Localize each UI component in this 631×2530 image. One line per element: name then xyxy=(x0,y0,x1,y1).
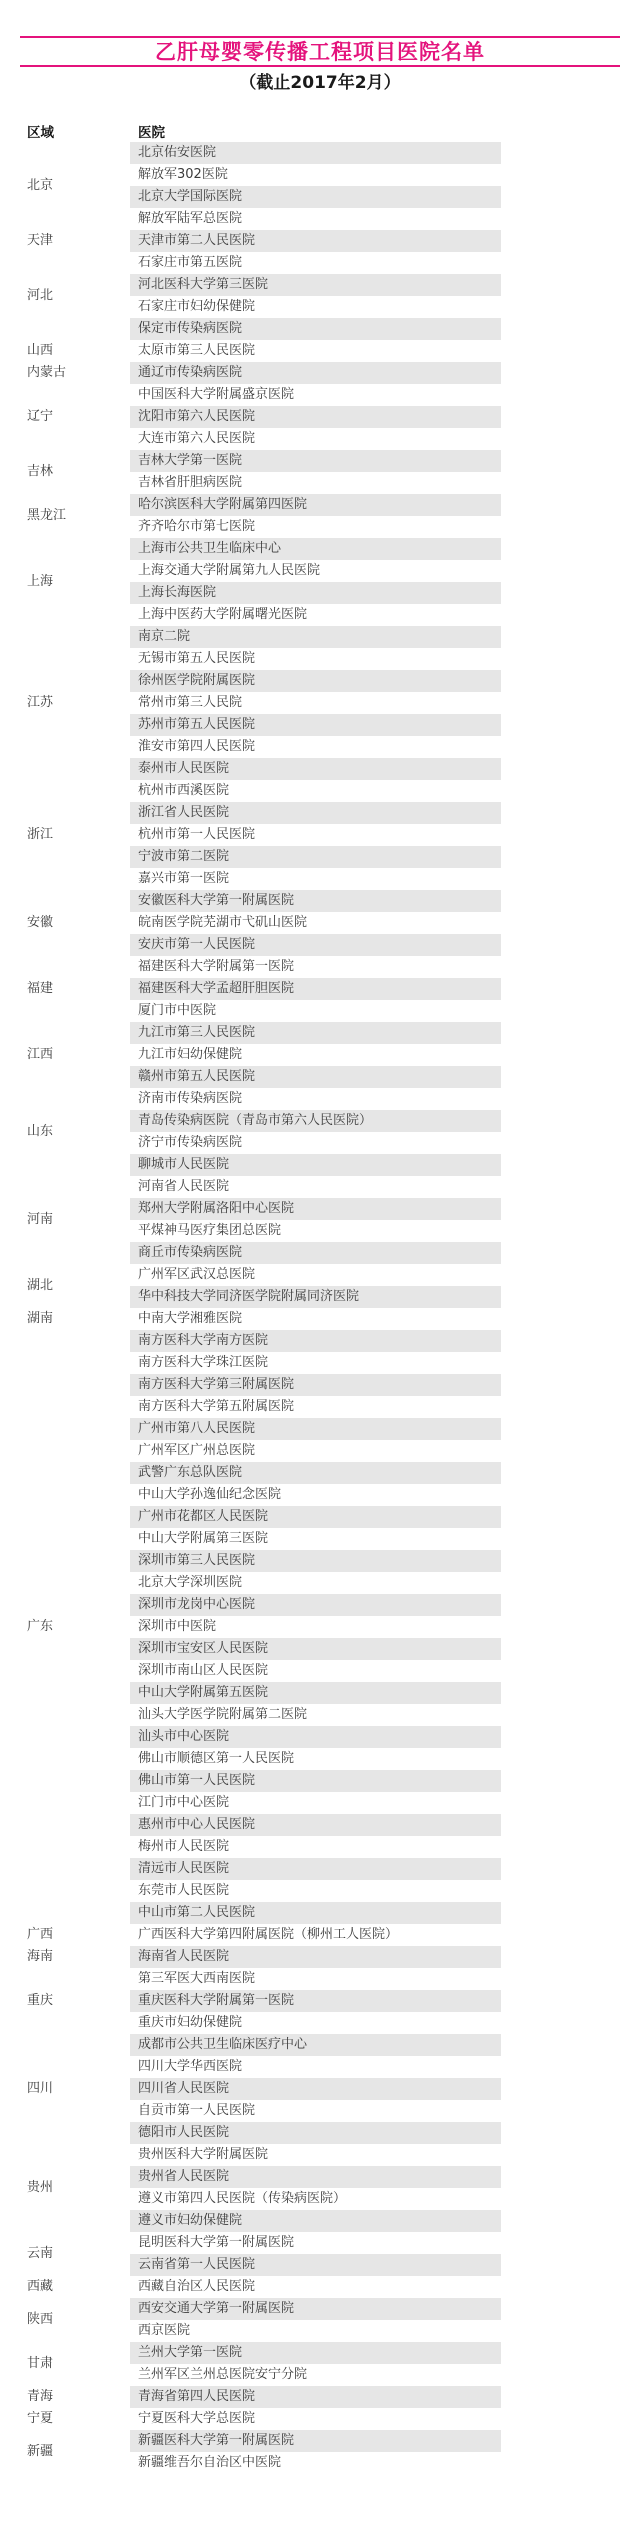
hospital-table: 区域 医院 北京北京佑安医院解放军302医院北京大学国际医院解放军陆军总医院天津… xyxy=(20,120,620,2474)
hospital-cell: 南方医科大学珠江医院 xyxy=(130,1352,501,1374)
hospital-cell: 深圳市第三人民医院 xyxy=(130,1550,501,1572)
table-row: 海南海南省人民医院 xyxy=(20,1946,620,1968)
table-row: 福建福建医科大学附属第一医院 xyxy=(20,956,620,978)
row-filler xyxy=(501,1704,620,1726)
row-filler xyxy=(501,384,620,406)
table-row: 山东济南市传染病医院 xyxy=(20,1088,620,1110)
row-filler xyxy=(501,1616,620,1638)
hospital-cell: 苏州市第五人民医院 xyxy=(130,714,501,736)
row-filler xyxy=(501,1880,620,1902)
hospital-cell: 西藏自治区人民医院 xyxy=(130,2276,501,2298)
hospital-cell: 遵义市妇幼保健院 xyxy=(130,2210,501,2232)
hospital-cell: 赣州市第五人民医院 xyxy=(130,1066,501,1088)
row-filler xyxy=(501,1374,620,1396)
row-filler xyxy=(501,1572,620,1594)
row-filler xyxy=(501,2320,620,2342)
hospital-cell: 泰州市人民医院 xyxy=(130,758,501,780)
hospital-cell: 自贡市第一人民医院 xyxy=(130,2100,501,2122)
row-filler xyxy=(501,1264,620,1286)
table-row: 重庆第三军医大西南医院 xyxy=(20,1968,620,1990)
hospital-cell: 中山大学孙逸仙纪念医院 xyxy=(130,1484,501,1506)
row-filler xyxy=(501,2188,620,2210)
row-filler xyxy=(501,1352,620,1374)
hospital-cell: 云南省第一人民医院 xyxy=(130,2254,501,2276)
table-row: 河北石家庄市第五医院 xyxy=(20,252,620,274)
table-row: 西藏西藏自治区人民医院 xyxy=(20,2276,620,2298)
row-filler xyxy=(501,780,620,802)
row-filler xyxy=(501,340,620,362)
column-header-hospital: 医院 xyxy=(130,120,501,142)
row-filler xyxy=(501,824,620,846)
row-filler xyxy=(501,1418,620,1440)
table-row: 天津天津市第二人民医院 xyxy=(20,230,620,252)
hospital-cell: 聊城市人民医院 xyxy=(130,1154,501,1176)
hospital-cell: 兰州军区兰州总医院安宁分院 xyxy=(130,2364,501,2386)
table-row: 浙江杭州市西溪医院 xyxy=(20,780,620,802)
row-filler xyxy=(501,2408,620,2430)
row-filler xyxy=(501,1946,620,1968)
hospital-cell: 福建医科大学孟超肝胆医院 xyxy=(130,978,501,1000)
row-filler xyxy=(501,230,620,252)
row-filler xyxy=(501,692,620,714)
hospital-cell: 广西医科大学第四附属医院（柳州工人医院） xyxy=(130,1924,501,1946)
row-filler xyxy=(501,208,620,230)
region-label: 天津 xyxy=(20,230,130,252)
table-row: 江西九江市第三人民医院 xyxy=(20,1022,620,1044)
bottom-rule-divider xyxy=(20,65,620,67)
hospital-cell: 郑州大学附属洛阳中心医院 xyxy=(130,1198,501,1220)
hospital-cell: 中山市第二人民医院 xyxy=(130,1902,501,1924)
region-label: 河北 xyxy=(20,252,130,340)
region-label: 黑龙江 xyxy=(20,494,130,538)
row-filler xyxy=(501,2232,620,2254)
hospital-cell: 汕头大学医学院附属第二医院 xyxy=(130,1704,501,1726)
row-filler xyxy=(501,2012,620,2034)
region-label: 福建 xyxy=(20,956,130,1022)
hospital-cell: 西安交通大学第一附属医院 xyxy=(130,2298,501,2320)
hospital-cell: 嘉兴市第一医院 xyxy=(130,868,501,890)
row-filler xyxy=(501,1550,620,1572)
region-label: 湖北 xyxy=(20,1264,130,1308)
hospital-cell: 太原市第三人民医院 xyxy=(130,340,501,362)
region-label: 山西 xyxy=(20,340,130,362)
row-filler xyxy=(501,318,620,340)
row-filler xyxy=(501,406,620,428)
row-filler xyxy=(501,2056,620,2078)
row-filler xyxy=(501,978,620,1000)
row-filler xyxy=(501,252,620,274)
table-row: 新疆新疆医科大学第一附属医院 xyxy=(20,2430,620,2452)
row-filler xyxy=(501,1902,620,1924)
row-filler xyxy=(501,868,620,890)
row-filler xyxy=(501,648,620,670)
row-filler xyxy=(501,1286,620,1308)
hospital-cell: 梅州市人民医院 xyxy=(130,1836,501,1858)
row-filler xyxy=(501,1858,620,1880)
row-filler xyxy=(501,1968,620,1990)
hospital-cell: 江门市中心医院 xyxy=(130,1792,501,1814)
hospital-cell: 石家庄市第五医院 xyxy=(130,252,501,274)
table-row: 湖南中南大学湘雅医院 xyxy=(20,1308,620,1330)
row-filler xyxy=(501,2078,620,2100)
hospital-cell: 平煤神马医疗集团总医院 xyxy=(130,1220,501,1242)
hospital-cell: 深圳市南山区人民医院 xyxy=(130,1660,501,1682)
row-filler xyxy=(501,274,620,296)
hospital-cell: 广州市第八人民医院 xyxy=(130,1418,501,1440)
row-filler xyxy=(501,1594,620,1616)
row-filler xyxy=(501,714,620,736)
page-subtitle: （截止2017年2月） xyxy=(20,73,620,93)
row-filler xyxy=(501,1792,620,1814)
row-filler xyxy=(501,494,620,516)
hospital-cell: 济宁市传染病医院 xyxy=(130,1132,501,1154)
hospital-cell: 深圳市龙岗中心医院 xyxy=(130,1594,501,1616)
row-filler xyxy=(501,1638,620,1660)
hospital-cell: 深圳市中医院 xyxy=(130,1616,501,1638)
region-label: 北京 xyxy=(20,142,130,230)
hospital-cell: 深圳市宝安区人民医院 xyxy=(130,1638,501,1660)
region-label: 新疆 xyxy=(20,2430,130,2474)
hospital-cell: 中南大学湘雅医院 xyxy=(130,1308,501,1330)
row-filler xyxy=(501,142,620,164)
row-filler xyxy=(501,1220,620,1242)
hospital-cell: 宁波市第二医院 xyxy=(130,846,501,868)
row-filler xyxy=(501,1506,620,1528)
hospital-cell: 杭州市第一人民医院 xyxy=(130,824,501,846)
hospital-cell: 德阳市人民医院 xyxy=(130,2122,501,2144)
row-filler xyxy=(501,604,620,626)
hospital-cell: 哈尔滨医科大学附属第四医院 xyxy=(130,494,501,516)
column-header-filler xyxy=(501,120,620,142)
hospital-cell: 北京大学深圳医院 xyxy=(130,1572,501,1594)
row-filler xyxy=(501,934,620,956)
region-label: 青海 xyxy=(20,2386,130,2408)
hospital-cell: 贵州医科大学附属医院 xyxy=(130,2144,501,2166)
region-label: 上海 xyxy=(20,538,130,626)
row-filler xyxy=(501,1000,620,1022)
hospital-cell: 河北医科大学第三医院 xyxy=(130,274,501,296)
hospital-cell: 上海交通大学附属第九人民医院 xyxy=(130,560,501,582)
hospital-cell: 武警广东总队医院 xyxy=(130,1462,501,1484)
region-label: 云南 xyxy=(20,2232,130,2276)
row-filler xyxy=(501,472,620,494)
row-filler xyxy=(501,2452,620,2474)
hospital-cell: 汕头市中心医院 xyxy=(130,1726,501,1748)
hospital-cell: 杭州市西溪医院 xyxy=(130,780,501,802)
row-filler xyxy=(501,1022,620,1044)
hospital-cell: 第三军医大西南医院 xyxy=(130,1968,501,1990)
row-filler xyxy=(501,802,620,824)
table-row: 湖北广州军区武汉总医院 xyxy=(20,1264,620,1286)
hospital-cell: 四川大学华西医院 xyxy=(130,2056,501,2078)
page-title: 乙肝母婴零传播工程项目医院名单 xyxy=(20,38,620,65)
row-filler xyxy=(501,186,620,208)
hospital-cell: 解放军302医院 xyxy=(130,164,501,186)
hospital-cell: 浙江省人民医院 xyxy=(130,802,501,824)
row-filler xyxy=(501,1132,620,1154)
row-filler xyxy=(501,1990,620,2012)
hospital-cell: 重庆医科大学附属第一医院 xyxy=(130,1990,501,2012)
hospital-cell: 中山大学附属第三医院 xyxy=(130,1528,501,1550)
region-label: 西藏 xyxy=(20,2276,130,2298)
row-filler xyxy=(501,1088,620,1110)
hospital-cell: 宁夏医科大学总医院 xyxy=(130,2408,501,2430)
row-filler xyxy=(501,1726,620,1748)
row-filler xyxy=(501,1242,620,1264)
hospital-cell: 佛山市顺德区第一人民医院 xyxy=(130,1748,501,1770)
table-row: 广东南方医科大学南方医院 xyxy=(20,1330,620,1352)
row-filler xyxy=(501,2210,620,2232)
row-filler xyxy=(501,1440,620,1462)
hospital-cell: 广州军区武汉总医院 xyxy=(130,1264,501,1286)
row-filler xyxy=(501,1396,620,1418)
hospital-cell: 福建医科大学附属第一医院 xyxy=(130,956,501,978)
table-row: 北京北京佑安医院 xyxy=(20,142,620,164)
hospital-cell: 新疆医科大学第一附属医院 xyxy=(130,2430,501,2452)
region-label: 内蒙古 xyxy=(20,362,130,384)
table-row: 安徽安徽医科大学第一附属医院 xyxy=(20,890,620,912)
hospital-cell: 安徽医科大学第一附属医院 xyxy=(130,890,501,912)
row-filler xyxy=(501,2342,620,2364)
region-label: 浙江 xyxy=(20,780,130,890)
hospital-cell: 上海长海医院 xyxy=(130,582,501,604)
page-header: 乙肝母婴零传播工程项目医院名单 （截止2017年2月） xyxy=(20,36,620,93)
hospital-cell: 石家庄市妇幼保健院 xyxy=(130,296,501,318)
row-filler xyxy=(501,1924,620,1946)
hospital-cell: 广州军区广州总医院 xyxy=(130,1440,501,1462)
row-filler xyxy=(501,2276,620,2298)
table-row: 贵州贵州医科大学附属医院 xyxy=(20,2144,620,2166)
hospital-cell: 成都市公共卫生临床医疗中心 xyxy=(130,2034,501,2056)
table-row: 青海青海省第四人民医院 xyxy=(20,2386,620,2408)
table-row: 上海上海市公共卫生临床中心 xyxy=(20,538,620,560)
row-filler xyxy=(501,956,620,978)
table-row: 宁夏宁夏医科大学总医院 xyxy=(20,2408,620,2430)
hospital-cell: 青岛传染病医院（青岛市第六人民医院） xyxy=(130,1110,501,1132)
hospital-cell: 海南省人民医院 xyxy=(130,1946,501,1968)
hospital-cell: 九江市第三人民医院 xyxy=(130,1022,501,1044)
region-label: 贵州 xyxy=(20,2144,130,2232)
row-filler xyxy=(501,1484,620,1506)
hospital-cell: 吉林省肝胆病医院 xyxy=(130,472,501,494)
row-filler xyxy=(501,2166,620,2188)
region-label: 陕西 xyxy=(20,2298,130,2342)
hospital-cell: 中国医科大学附属盛京医院 xyxy=(130,384,501,406)
hospital-cell: 重庆市妇幼保健院 xyxy=(130,2012,501,2034)
hospital-cell: 南京二院 xyxy=(130,626,501,648)
row-filler xyxy=(501,538,620,560)
hospital-cell: 兰州大学第一医院 xyxy=(130,2342,501,2364)
table-row: 内蒙古通辽市传染病医院 xyxy=(20,362,620,384)
row-filler xyxy=(501,758,620,780)
hospital-cell: 北京佑安医院 xyxy=(130,142,501,164)
hospital-cell: 新疆维吾尔自治区中医院 xyxy=(130,2452,501,2474)
region-label: 湖南 xyxy=(20,1308,130,1330)
table-row: 辽宁中国医科大学附属盛京医院 xyxy=(20,384,620,406)
hospital-cell: 沈阳市第六人民医院 xyxy=(130,406,501,428)
row-filler xyxy=(501,2386,620,2408)
row-filler xyxy=(501,362,620,384)
region-label: 江西 xyxy=(20,1022,130,1088)
row-filler xyxy=(501,1110,620,1132)
region-label: 四川 xyxy=(20,2034,130,2144)
hospital-cell: 常州市第三人民院 xyxy=(130,692,501,714)
region-label: 重庆 xyxy=(20,1968,130,2034)
table-row: 江苏南京二院 xyxy=(20,626,620,648)
row-filler xyxy=(501,1462,620,1484)
row-filler xyxy=(501,450,620,472)
hospital-cell: 齐齐哈尔市第七医院 xyxy=(130,516,501,538)
column-header-region: 区域 xyxy=(20,120,130,142)
hospital-cell: 北京大学国际医院 xyxy=(130,186,501,208)
row-filler xyxy=(501,1198,620,1220)
row-filler xyxy=(501,1660,620,1682)
hospital-cell: 大连市第六人民医院 xyxy=(130,428,501,450)
hospital-cell: 西京医院 xyxy=(130,2320,501,2342)
row-filler xyxy=(501,560,620,582)
hospital-cell: 佛山市第一人民医院 xyxy=(130,1770,501,1792)
hospital-cell: 四川省人民医院 xyxy=(130,2078,501,2100)
hospital-cell: 天津市第二人民医院 xyxy=(130,230,501,252)
row-filler xyxy=(501,1330,620,1352)
hospital-cell: 通辽市传染病医院 xyxy=(130,362,501,384)
row-filler xyxy=(501,1836,620,1858)
region-label: 辽宁 xyxy=(20,384,130,450)
hospital-cell: 保定市传染病医院 xyxy=(130,318,501,340)
row-filler xyxy=(501,1770,620,1792)
table-row: 黑龙江哈尔滨医科大学附属第四医院 xyxy=(20,494,620,516)
row-filler xyxy=(501,1154,620,1176)
hospital-cell: 皖南医学院芜湖市弋矶山医院 xyxy=(130,912,501,934)
hospital-cell: 惠州市中心人民医院 xyxy=(130,1814,501,1836)
row-filler xyxy=(501,516,620,538)
row-filler xyxy=(501,670,620,692)
row-filler xyxy=(501,164,620,186)
hospital-cell: 清远市人民医院 xyxy=(130,1858,501,1880)
table-row: 云南昆明医科大学第一附属医院 xyxy=(20,2232,620,2254)
hospital-cell: 解放军陆军总医院 xyxy=(130,208,501,230)
hospital-cell: 商丘市传染病医院 xyxy=(130,1242,501,1264)
hospital-cell: 广州市花都区人民医院 xyxy=(130,1506,501,1528)
row-filler xyxy=(501,1044,620,1066)
row-filler xyxy=(501,2254,620,2276)
row-filler xyxy=(501,912,620,934)
region-label: 吉林 xyxy=(20,450,130,494)
row-filler xyxy=(501,1682,620,1704)
row-filler xyxy=(501,1814,620,1836)
hospital-cell: 华中科技大学同济医学院附属同济医院 xyxy=(130,1286,501,1308)
hospital-cell: 南方医科大学第五附属医院 xyxy=(130,1396,501,1418)
hospital-cell: 上海中医药大学附属曙光医院 xyxy=(130,604,501,626)
hospital-cell: 昆明医科大学第一附属医院 xyxy=(130,2232,501,2254)
row-filler xyxy=(501,1176,620,1198)
region-label: 河南 xyxy=(20,1176,130,1264)
row-filler xyxy=(501,296,620,318)
hospital-cell: 吉林大学第一医院 xyxy=(130,450,501,472)
table-row: 山西太原市第三人民医院 xyxy=(20,340,620,362)
row-filler xyxy=(501,1066,620,1088)
hospital-cell: 东莞市人民医院 xyxy=(130,1880,501,1902)
row-filler xyxy=(501,626,620,648)
row-filler xyxy=(501,1528,620,1550)
row-filler xyxy=(501,2100,620,2122)
hospital-cell: 河南省人民医院 xyxy=(130,1176,501,1198)
hospital-cell: 南方医科大学南方医院 xyxy=(130,1330,501,1352)
region-label: 山东 xyxy=(20,1088,130,1176)
table-row: 吉林吉林大学第一医院 xyxy=(20,450,620,472)
row-filler xyxy=(501,2034,620,2056)
hospital-cell: 南方医科大学第三附属医院 xyxy=(130,1374,501,1396)
region-label: 广东 xyxy=(20,1330,130,1924)
row-filler xyxy=(501,2144,620,2166)
hospital-cell: 中山大学附属第五医院 xyxy=(130,1682,501,1704)
hospital-cell: 济南市传染病医院 xyxy=(130,1088,501,1110)
row-filler xyxy=(501,846,620,868)
hospital-cell: 遵义市第四人民医院（传染病医院） xyxy=(130,2188,501,2210)
hospital-cell: 青海省第四人民医院 xyxy=(130,2386,501,2408)
row-filler xyxy=(501,2430,620,2452)
row-filler xyxy=(501,428,620,450)
row-filler xyxy=(501,736,620,758)
hospital-list-page: 乙肝母婴零传播工程项目医院名单 （截止2017年2月） 区域 医院 北京北京佑安… xyxy=(0,36,631,2530)
hospital-cell: 贵州省人民医院 xyxy=(130,2166,501,2188)
row-filler xyxy=(501,582,620,604)
hospital-cell: 无锡市第五人民医院 xyxy=(130,648,501,670)
region-label: 广西 xyxy=(20,1924,130,1946)
hospital-cell: 上海市公共卫生临床中心 xyxy=(130,538,501,560)
region-label: 宁夏 xyxy=(20,2408,130,2430)
hospital-cell: 徐州医学院附属医院 xyxy=(130,670,501,692)
table-row: 甘肃兰州大学第一医院 xyxy=(20,2342,620,2364)
table-header-row: 区域 医院 xyxy=(20,120,620,142)
table-row: 陕西西安交通大学第一附属医院 xyxy=(20,2298,620,2320)
row-filler xyxy=(501,1308,620,1330)
region-label: 甘肃 xyxy=(20,2342,130,2386)
hospital-cell: 厦门市中医院 xyxy=(130,1000,501,1022)
table-row: 广西广西医科大学第四附属医院（柳州工人医院） xyxy=(20,1924,620,1946)
table-row: 河南河南省人民医院 xyxy=(20,1176,620,1198)
row-filler xyxy=(501,890,620,912)
region-label: 安徽 xyxy=(20,890,130,956)
region-label: 江苏 xyxy=(20,626,130,780)
table-row: 四川成都市公共卫生临床医疗中心 xyxy=(20,2034,620,2056)
row-filler xyxy=(501,2364,620,2386)
region-label: 海南 xyxy=(20,1946,130,1968)
hospital-cell: 淮安市第四人民医院 xyxy=(130,736,501,758)
hospital-cell: 九江市妇幼保健院 xyxy=(130,1044,501,1066)
row-filler xyxy=(501,2122,620,2144)
row-filler xyxy=(501,1748,620,1770)
hospital-cell: 安庆市第一人民医院 xyxy=(130,934,501,956)
row-filler xyxy=(501,2298,620,2320)
